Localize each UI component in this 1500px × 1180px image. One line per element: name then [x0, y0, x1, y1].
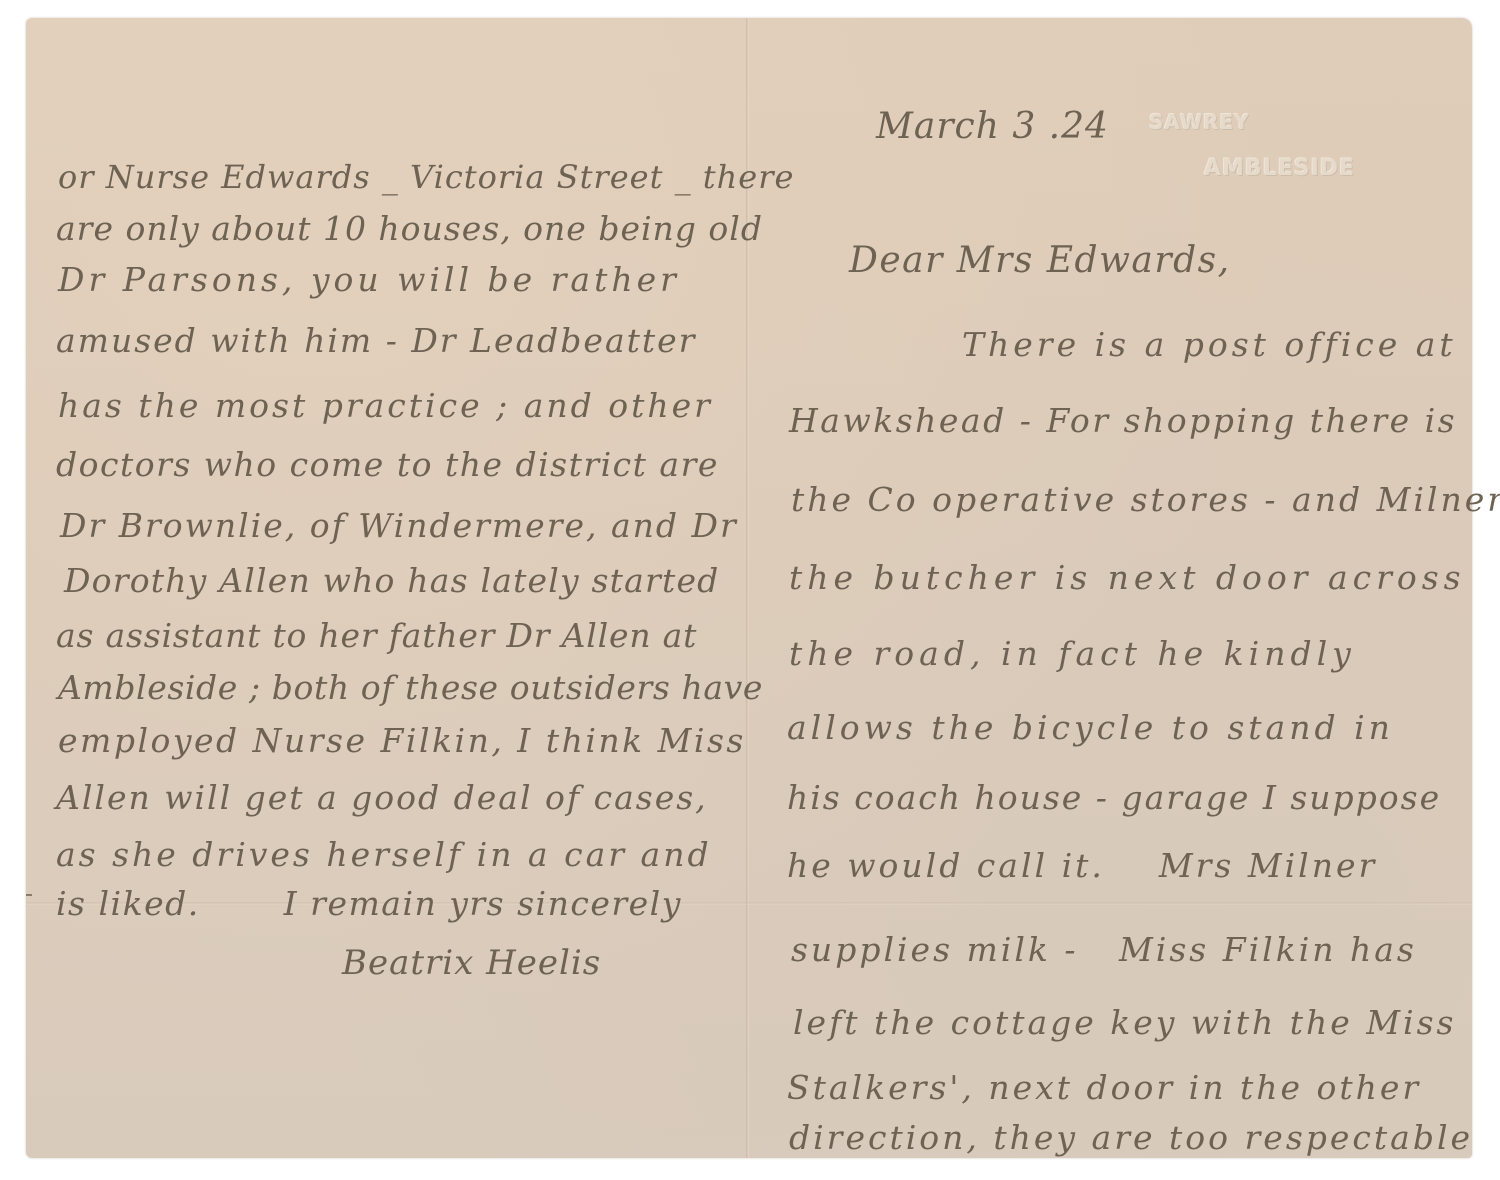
left-page: or Nurse Edwards _ Victoria Street _ the…: [26, 18, 746, 1158]
letterhead-line-2: AMBLESIDE: [1204, 156, 1355, 181]
right-line-6: allows the bicycle to stand in: [787, 708, 1394, 747]
signature: Beatrix Heelis: [342, 943, 601, 983]
right-line-3: the Co operative stores - and Milner: [791, 480, 1500, 519]
left-line-6: doctors who come to the district are: [56, 445, 719, 484]
letter-sheet: or Nurse Edwards _ Victoria Street _ the…: [26, 18, 1472, 1158]
right-line-1: There is a post office at: [962, 325, 1457, 364]
right-page: SAWREY AMBLESIDE March 3 .24 Dear Mrs Ed…: [749, 18, 1472, 1158]
margin-ink-mark: [26, 894, 32, 896]
left-line-3: Dr Parsons, you will be rather: [58, 260, 680, 299]
salutation: Dear Mrs Edwards,: [849, 240, 1231, 281]
left-line-5: has the most practice ; and other: [58, 386, 713, 425]
right-line-10: left the cottage key with the Miss: [793, 1003, 1456, 1042]
left-line-12: Allen will get a good deal of cases,: [56, 778, 708, 817]
right-line-12: direction, they are too respectable: [789, 1118, 1473, 1157]
letter-date: March 3 .24: [876, 106, 1109, 147]
left-line-9: as assistant to her father Dr Allen at: [56, 616, 697, 655]
letterhead-line-1: SAWREY: [1149, 110, 1250, 134]
left-line-10: Ambleside ; both of these outsiders have: [58, 668, 763, 707]
right-line-9: supplies milk - Miss Filkin has: [791, 930, 1417, 969]
left-line-13: as she drives herself in a car and: [56, 835, 712, 874]
right-line-8: he would call it. Mrs Milner: [787, 846, 1377, 885]
left-line-2: are only about 10 houses, one being old: [56, 209, 763, 248]
left-line-7: Dr Brownlie, of Windermere, and Dr: [60, 506, 738, 545]
left-line-11: employed Nurse Filkin, I think Miss: [58, 721, 746, 760]
left-line-8: Dorothy Allen who has lately started: [64, 561, 720, 600]
right-line-7: his coach house - garage I suppose: [787, 778, 1441, 817]
right-line-4: the butcher is next door across: [789, 558, 1466, 597]
left-line-14: is liked. I remain yrs sincerely: [56, 884, 682, 923]
left-line-4: amused with him - Dr Leadbeatter: [56, 321, 696, 360]
right-line-11: Stalkers', next door in the other: [787, 1068, 1421, 1107]
left-line-1: or Nurse Edwards _ Victoria Street _ the…: [58, 158, 794, 196]
right-line-5: the road, in fact he kindly: [789, 634, 1356, 673]
right-line-2: Hawkshead - For shopping there is: [789, 401, 1457, 440]
